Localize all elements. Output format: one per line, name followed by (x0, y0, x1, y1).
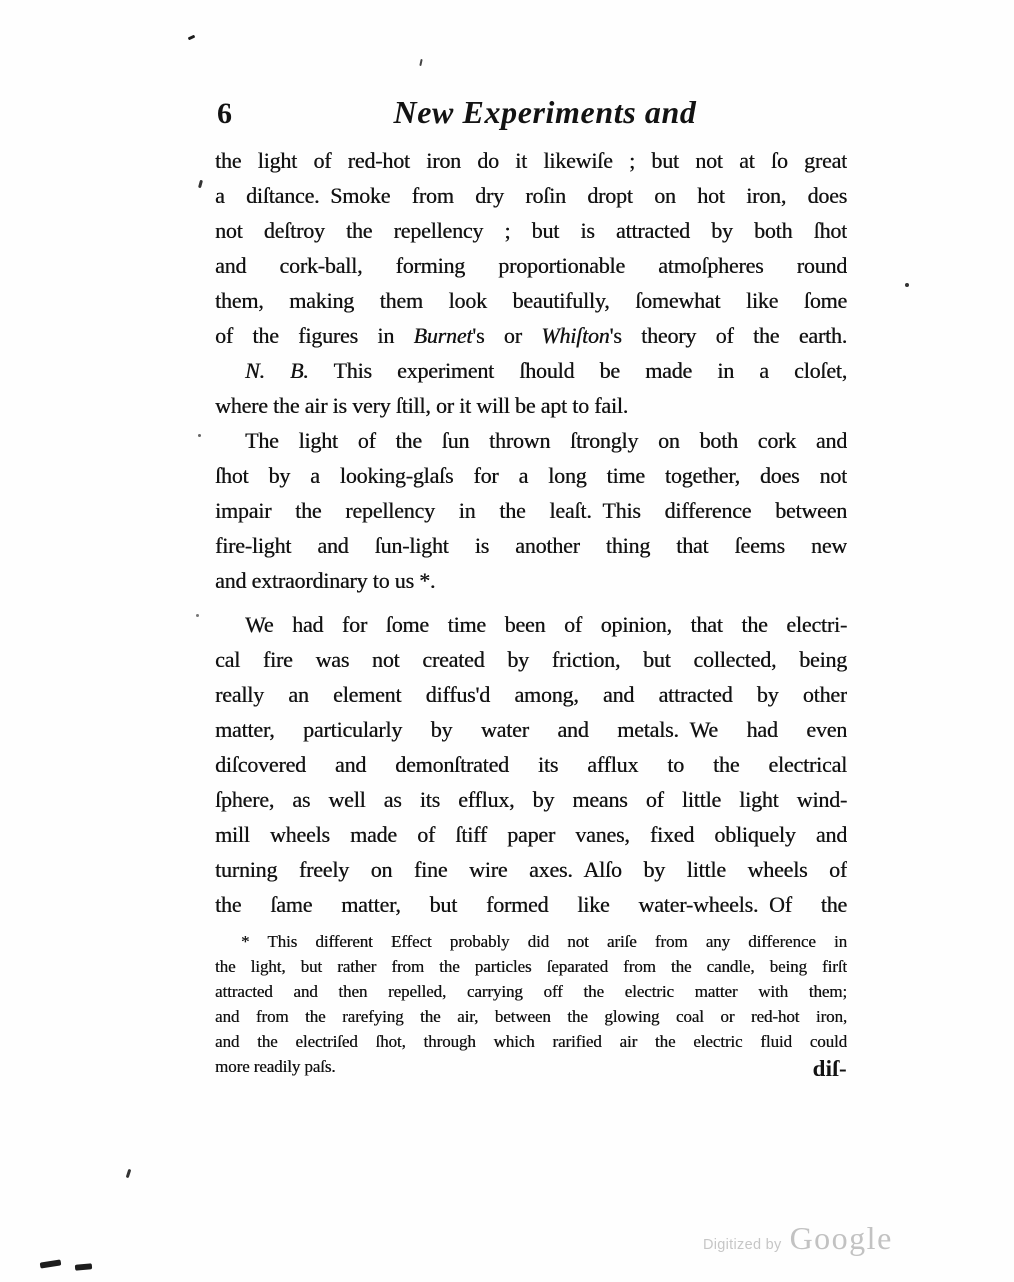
text-line: the ſame matter, but formed like water-w… (215, 887, 847, 922)
text-line: the light of red-hot iron do it likewiſe… (215, 143, 847, 178)
text-line: them, making them look beautifully, ſome… (215, 283, 847, 318)
text-line: matter, particularly by water and metals… (215, 712, 847, 747)
scan-artifact (419, 59, 422, 66)
italic-text-segment: N. B. (245, 358, 309, 383)
scan-artifact (196, 614, 199, 617)
text-line: the light, but rather from the particles… (215, 954, 847, 979)
book-page-scan: 6 New Experiments and the light of red-h… (0, 0, 1014, 1282)
scan-artifact (188, 35, 196, 41)
text-segment: and cork-ball, forming proportionable at… (215, 253, 847, 278)
text-segment: matter, particularly by water and metals… (215, 717, 847, 742)
text-line: mill wheels made of ſtiff paper vanes, f… (215, 817, 847, 852)
text-segment: and the electriſed ſhot, through which r… (215, 1032, 847, 1051)
text-line: a diſtance. Smoke from dry roſin dropt o… (215, 178, 847, 213)
scan-artifact (75, 1263, 92, 1270)
text-segment: ſhot by a looking-glaſs for a long time … (215, 463, 847, 488)
text-segment: really an element diffus'd among, and at… (215, 682, 847, 707)
text-segment: and extraordinary to us *. (215, 568, 435, 593)
paragraph: The light of the ſun thrown ſtrongly on … (215, 423, 847, 598)
text-line: impair the repellency in the leaſt. This… (215, 493, 847, 528)
text-segment: impair the repellency in the leaſt. This… (215, 498, 847, 523)
text-line: and cork-ball, forming proportionable at… (215, 248, 847, 283)
text-line: fire-light and ſun-light is another thin… (215, 528, 847, 563)
scan-artifact (198, 434, 201, 437)
text-segment: The light of the ſun thrown ſtrongly on … (245, 428, 847, 453)
text-segment: We had for ſome time been of opinion, th… (245, 612, 847, 637)
text-segment: of the figures in (215, 323, 414, 348)
text-line: The light of the ſun thrown ſtrongly on … (215, 423, 847, 458)
text-line: and from the rarefying the air, between … (215, 1004, 847, 1029)
text-segment: mill wheels made of ſtiff paper vanes, f… (215, 822, 847, 847)
running-header: New Experiments and (215, 94, 875, 131)
text-line: ſphere, as well as its efflux, by means … (215, 782, 847, 817)
digitization-watermark: Digitized by Google (703, 1220, 893, 1257)
text-line: not deſtroy the repellency ; but is attr… (215, 213, 847, 248)
scan-artifact (40, 1259, 62, 1268)
text-segment: 's or (472, 323, 541, 348)
text-line: of the figures in Burnet's or Whiſton's … (215, 318, 847, 353)
text-segment: them, making them look beautifully, ſome… (215, 288, 847, 313)
text-segment: where the air is very ſtill, or it will … (215, 393, 628, 418)
paragraph: We had for ſome time been of opinion, th… (215, 607, 847, 922)
text-segment: a diſtance. Smoke from dry roſin dropt o… (215, 183, 847, 208)
text-segment: diſcovered and demonſtrated its afflux t… (215, 752, 847, 777)
text-segment: not deſtroy the repellency ; but is attr… (215, 218, 847, 243)
text-line: really an element diffus'd among, and at… (215, 677, 847, 712)
watermark-prefix: Digitized by (703, 1237, 782, 1253)
text-segment: This experiment ſhould be made in a cloſ… (309, 358, 847, 383)
google-logo: Google (790, 1220, 893, 1257)
text-segment: turning freely on fine wire axes. Alſo b… (215, 857, 847, 882)
text-line: ſhot by a looking-glaſs for a long time … (215, 458, 847, 493)
scan-artifact (905, 283, 909, 287)
italic-text-segment: Burnet (414, 323, 473, 348)
text-segment: cal fire was not created by friction, bu… (215, 647, 847, 672)
text-line: where the air is very ſtill, or it will … (215, 388, 847, 423)
text-line: N. B. This experiment ſhould be made in … (215, 353, 847, 388)
text-segment: ſphere, as well as its efflux, by means … (215, 787, 847, 812)
text-segment: and from the rarefying the air, between … (215, 1007, 847, 1026)
scan-artifact (126, 1169, 132, 1178)
text-segment: attracted and then repelled, carrying of… (215, 982, 847, 1001)
text-segment: 's theory of the earth. (609, 323, 847, 348)
text-line: diſcovered and demonſtrated its afflux t… (215, 747, 847, 782)
text-segment: fire-light and ſun-light is another thin… (215, 533, 847, 558)
text-line: and extraordinary to us *. (215, 563, 847, 598)
text-line: We had for ſome time been of opinion, th… (215, 607, 847, 642)
text-segment: the ſame matter, but formed like water-w… (215, 892, 847, 917)
text-line: turning freely on fine wire axes. Alſo b… (215, 852, 847, 887)
body-text: the light of red-hot iron do it likewiſe… (215, 143, 847, 922)
italic-text-segment: Whiſton (541, 323, 609, 348)
text-segment: the light, but rather from the particles… (215, 957, 847, 976)
text-line: attracted and then repelled, carrying of… (215, 979, 847, 1004)
text-line: and the electriſed ſhot, through which r… (215, 1029, 847, 1054)
catchword: diſ- (215, 1056, 847, 1082)
text-segment: * This different Effect probably did not… (241, 932, 847, 951)
text-line: cal fire was not created by friction, bu… (215, 642, 847, 677)
scan-artifact (198, 180, 203, 189)
text-line: * This different Effect probably did not… (215, 929, 847, 954)
paragraph: N. B. This experiment ſhould be made in … (215, 353, 847, 423)
paragraph: the light of red-hot iron do it likewiſe… (215, 143, 847, 353)
text-segment: the light of red-hot iron do it likewiſe… (215, 148, 847, 173)
